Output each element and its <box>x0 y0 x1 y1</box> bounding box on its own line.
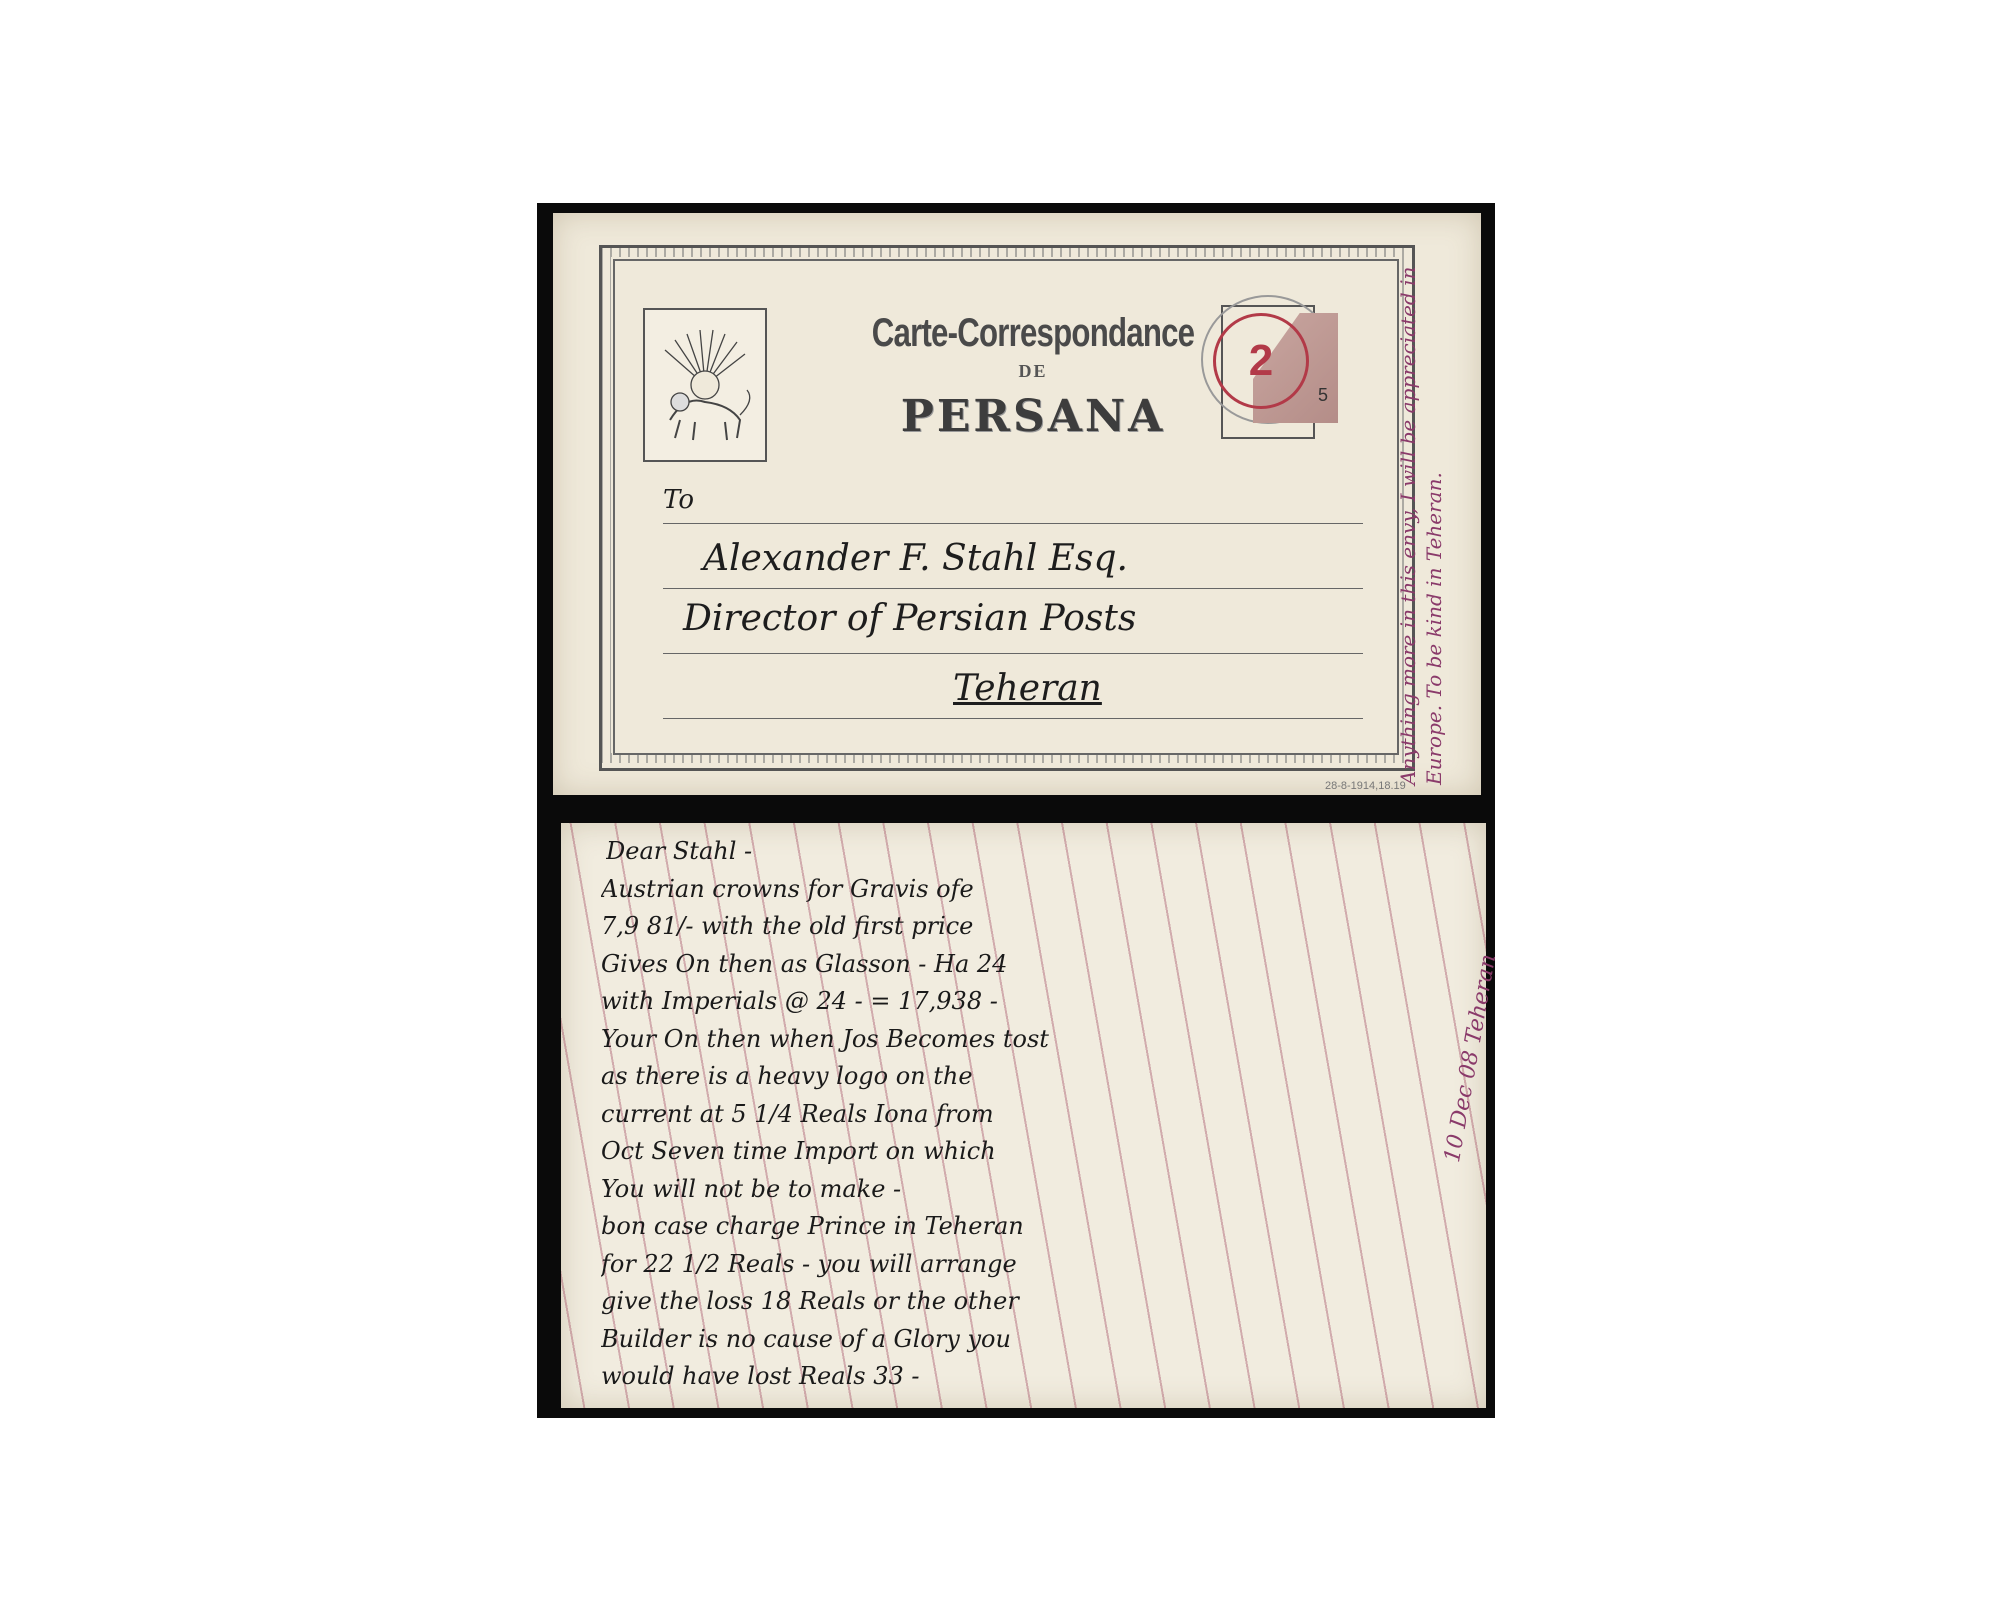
address-prefix: To <box>663 485 694 515</box>
card-country: PERSANA <box>883 391 1183 442</box>
address-line-rule <box>663 653 1363 654</box>
letter-line: Austrian crowns for Gravis ofe <box>601 875 1446 903</box>
letter-line: Builder is no cause of a Glory you <box>601 1325 1446 1353</box>
address-line-rule <box>663 523 1363 524</box>
postmark-red: 2 <box>1213 313 1309 409</box>
letter-line: Dear Stahl - <box>606 837 1446 865</box>
address-line-rule <box>663 718 1363 719</box>
address-name: Alexander F. Stahl Esq. <box>703 538 1128 579</box>
letter-line: Gives On then as Glasson - Ha 24 <box>601 950 1446 978</box>
postcard-back: Dear Stahl -Austrian crowns for Gravis o… <box>561 823 1486 1408</box>
letter-line: give the loss 18 Reals or the other <box>601 1287 1446 1315</box>
lion-sun-icon <box>645 310 765 460</box>
letter-line: bon case charge Prince in Teheran <box>601 1212 1446 1240</box>
card-title: Carte-Correspondance <box>869 311 1197 356</box>
stamp-value: 5 <box>1318 385 1328 406</box>
card-de: DE <box>973 361 1093 382</box>
letter-line: would have lost Reals 33 - <box>601 1362 1446 1390</box>
postmark-red-number: 2 <box>1216 316 1306 406</box>
front-side-note: Anything more in this envy, I will be ap… <box>1395 225 1475 785</box>
address-city: Teheran <box>953 668 1102 709</box>
letter-line: Oct Seven time Import on which <box>601 1137 1446 1165</box>
letter-line: Your On then when Jos Becomes tost <box>601 1025 1446 1053</box>
letter-line: for 22 1/2 Reals - you will arrange <box>601 1250 1446 1278</box>
pencil-note: 28-8-1914,18.19 <box>1325 780 1406 792</box>
letter-line: current at 5 1/4 Reals Iona from <box>601 1100 1446 1128</box>
letter-line: with Imperials @ 24 - = 17,938 - <box>601 987 1446 1015</box>
letter-line: as there is a heavy logo on the <box>601 1062 1446 1090</box>
letter-line: You will not be to make - <box>601 1175 1446 1203</box>
address-line-rule <box>663 588 1363 589</box>
postcard-front: Carte-Correspondance DE PERSANA 5 2 To A… <box>553 213 1481 795</box>
letter-line: 7,9 81/- with the old first price <box>601 912 1446 940</box>
lion-and-sun-emblem <box>643 308 767 462</box>
address-title: Director of Persian Posts <box>683 598 1136 639</box>
letter-text: Dear Stahl -Austrian crowns for Gravis o… <box>561 823 1486 1408</box>
